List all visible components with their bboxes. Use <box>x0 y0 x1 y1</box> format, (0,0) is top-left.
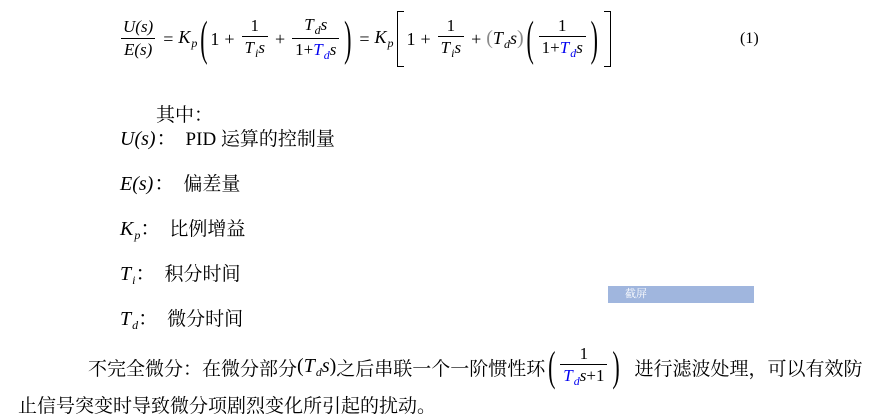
filter-fraction: 1 1+Tds <box>539 17 586 61</box>
lhs-fraction: U(s) E(s) <box>120 18 156 59</box>
definition-es: E(s)： 偏差量 <box>120 168 240 196</box>
plus-sign: + <box>421 29 431 50</box>
blue-td: T <box>563 366 572 385</box>
paragraph-text: 之后串联一个一阶惯性环 <box>336 354 545 381</box>
pid-transfer-function-equation: U(s) E(s) = Kp ( 1 + 1 Tis + Tds 1+Tds )… <box>118 6 614 72</box>
filter-inline-fraction: 1 Tds+1 <box>560 345 607 389</box>
screenshot-badge[interactable]: 截屏 <box>608 286 754 303</box>
td-s-group: (Tds) <box>486 27 523 52</box>
grey-right-paren: ) <box>517 27 524 49</box>
definition-text: 比例增益 <box>169 214 245 241</box>
grey-left-paren: ( <box>486 27 493 49</box>
definition-kp: Kp： 比例增益 <box>120 213 245 241</box>
definition-text: 微分时间 <box>167 304 243 331</box>
denominator-es: E(s) <box>124 40 152 59</box>
incomplete-derivative-paragraph-line2: 止信号突变时导致微分项剧烈变化所引起的扰动。 <box>18 391 436 418</box>
integral-fraction: 1 Tis <box>438 17 464 61</box>
kp-term: Kp <box>374 27 393 51</box>
definition-td: Td： 微分时间 <box>120 303 243 331</box>
big-left-paren: ( <box>547 342 556 391</box>
blue-td: T <box>560 38 569 57</box>
definition-text: 偏差量 <box>183 169 240 196</box>
definition-ti: Ti： 积分时间 <box>120 258 240 286</box>
document-page: U(s) E(s) = Kp ( 1 + 1 Tis + Tds 1+Tds )… <box>0 0 888 418</box>
incomplete-derivative-paragraph-line1: 不完全微分：在微分部分 (Tds) 之后串联一个一阶惯性环 ( 1 Tds+1 … <box>88 336 863 398</box>
big-left-paren: ( <box>526 10 535 67</box>
definition-text: PID 运算的控制量 <box>186 124 335 151</box>
numerator-us: U(s) <box>123 17 153 36</box>
big-right-paren: ) <box>611 342 620 391</box>
blue-td: T <box>313 40 322 59</box>
equals-sign: = <box>163 29 173 50</box>
plus-sign: + <box>471 29 481 50</box>
equals-sign: = <box>359 29 369 50</box>
plus-sign: + <box>224 29 234 50</box>
definition-us: U(s)： PID 运算的控制量 <box>120 123 335 151</box>
one-term: 1 <box>407 29 416 50</box>
big-left-paren: ( <box>199 10 208 67</box>
big-right-paren: ) <box>343 10 352 67</box>
paragraph-text: 不完全微分：在微分部分 <box>88 354 297 381</box>
kp-term: Kp <box>178 27 197 51</box>
definition-text: 积分时间 <box>164 259 240 286</box>
paragraph-text: 进行滤波处理，可以有效防 <box>634 354 862 381</box>
big-left-bracket <box>397 11 404 67</box>
big-right-bracket <box>604 11 611 67</box>
tds-inline-group: (Tds) <box>297 355 336 380</box>
big-right-paren: ) <box>590 10 599 67</box>
derivative-fraction: Tds 1+Tds <box>292 16 339 63</box>
equation-number: (1) <box>740 30 759 48</box>
plus-sign: + <box>275 29 285 50</box>
one-term: 1 <box>210 29 219 50</box>
integral-fraction: 1 Tis <box>242 17 268 61</box>
